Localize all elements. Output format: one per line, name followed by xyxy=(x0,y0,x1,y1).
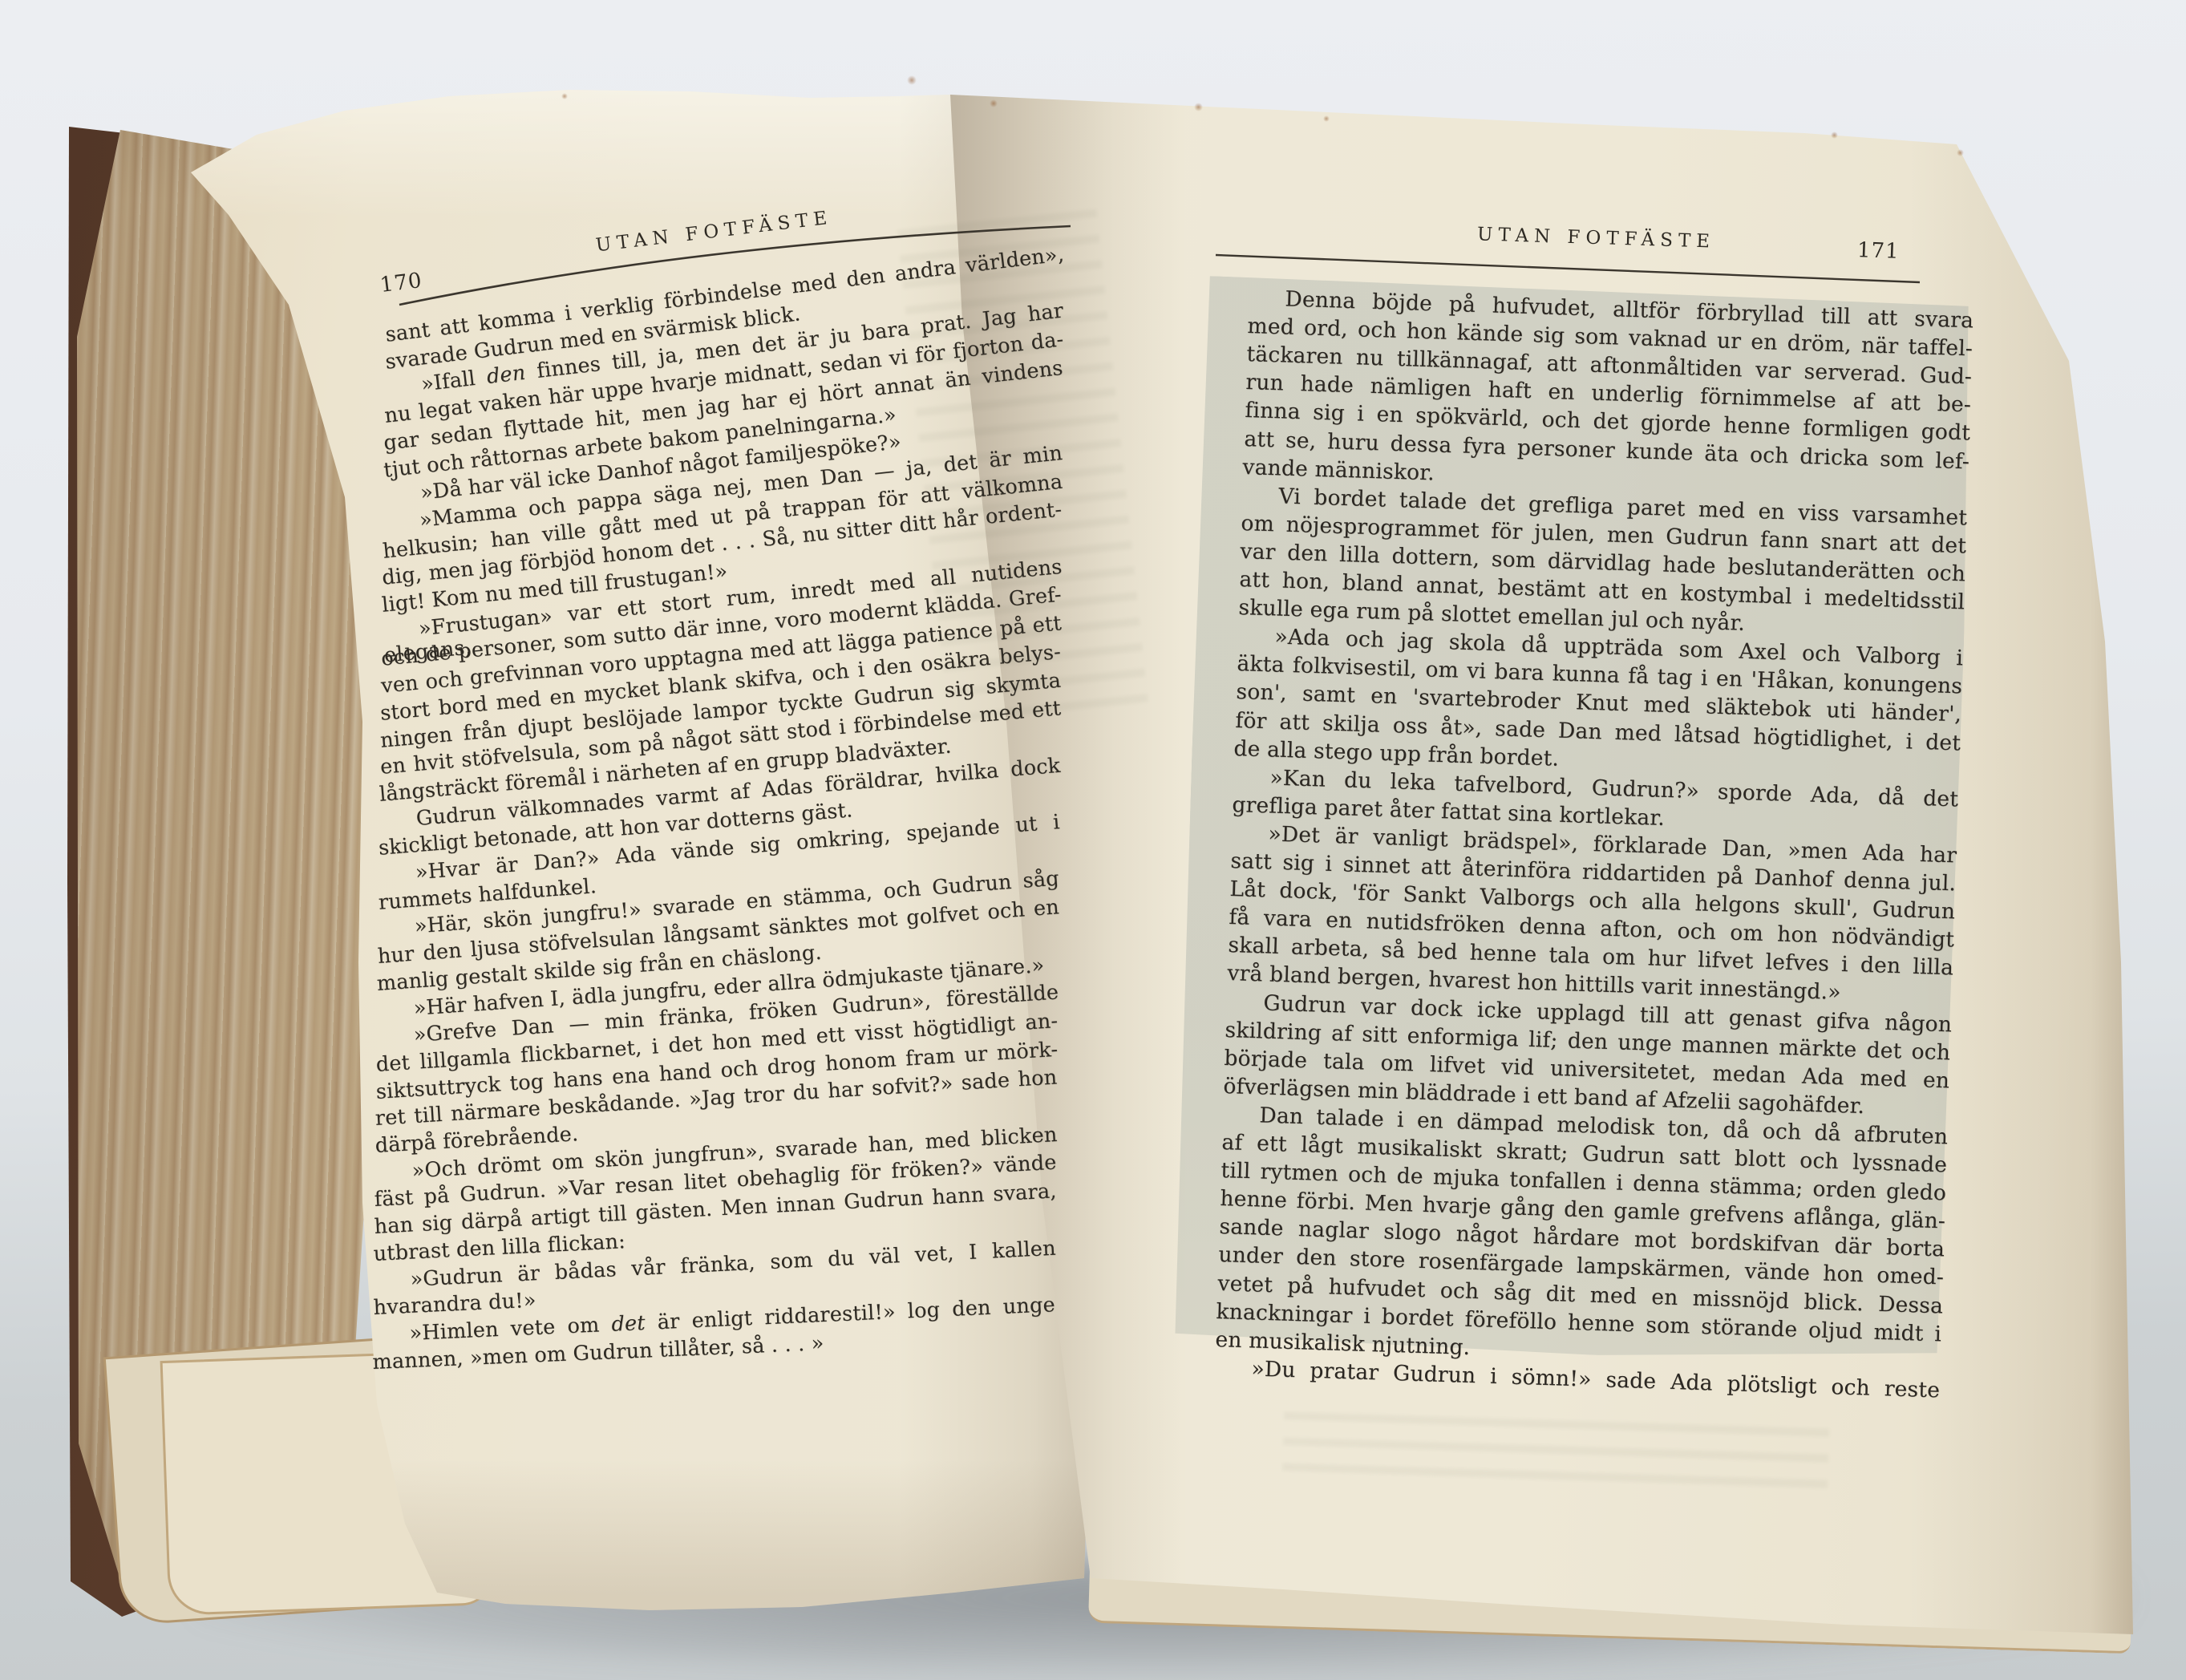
right-page-text: Denna böjde på hufvudet, alltför förbryl… xyxy=(0,0,2186,1680)
foxing-spot xyxy=(907,75,917,85)
foxing-spot xyxy=(1194,103,1203,111)
foxing-spot xyxy=(990,99,998,107)
foxing-spot xyxy=(561,93,568,99)
photo-background: 170 UTAN FOTFÄSTE UTAN FOTFÄSTE 171 sant… xyxy=(0,0,2186,1680)
foxing-spot xyxy=(1957,149,1964,156)
foxing-spot xyxy=(1323,115,1330,122)
foxing-spot xyxy=(1831,132,1838,139)
